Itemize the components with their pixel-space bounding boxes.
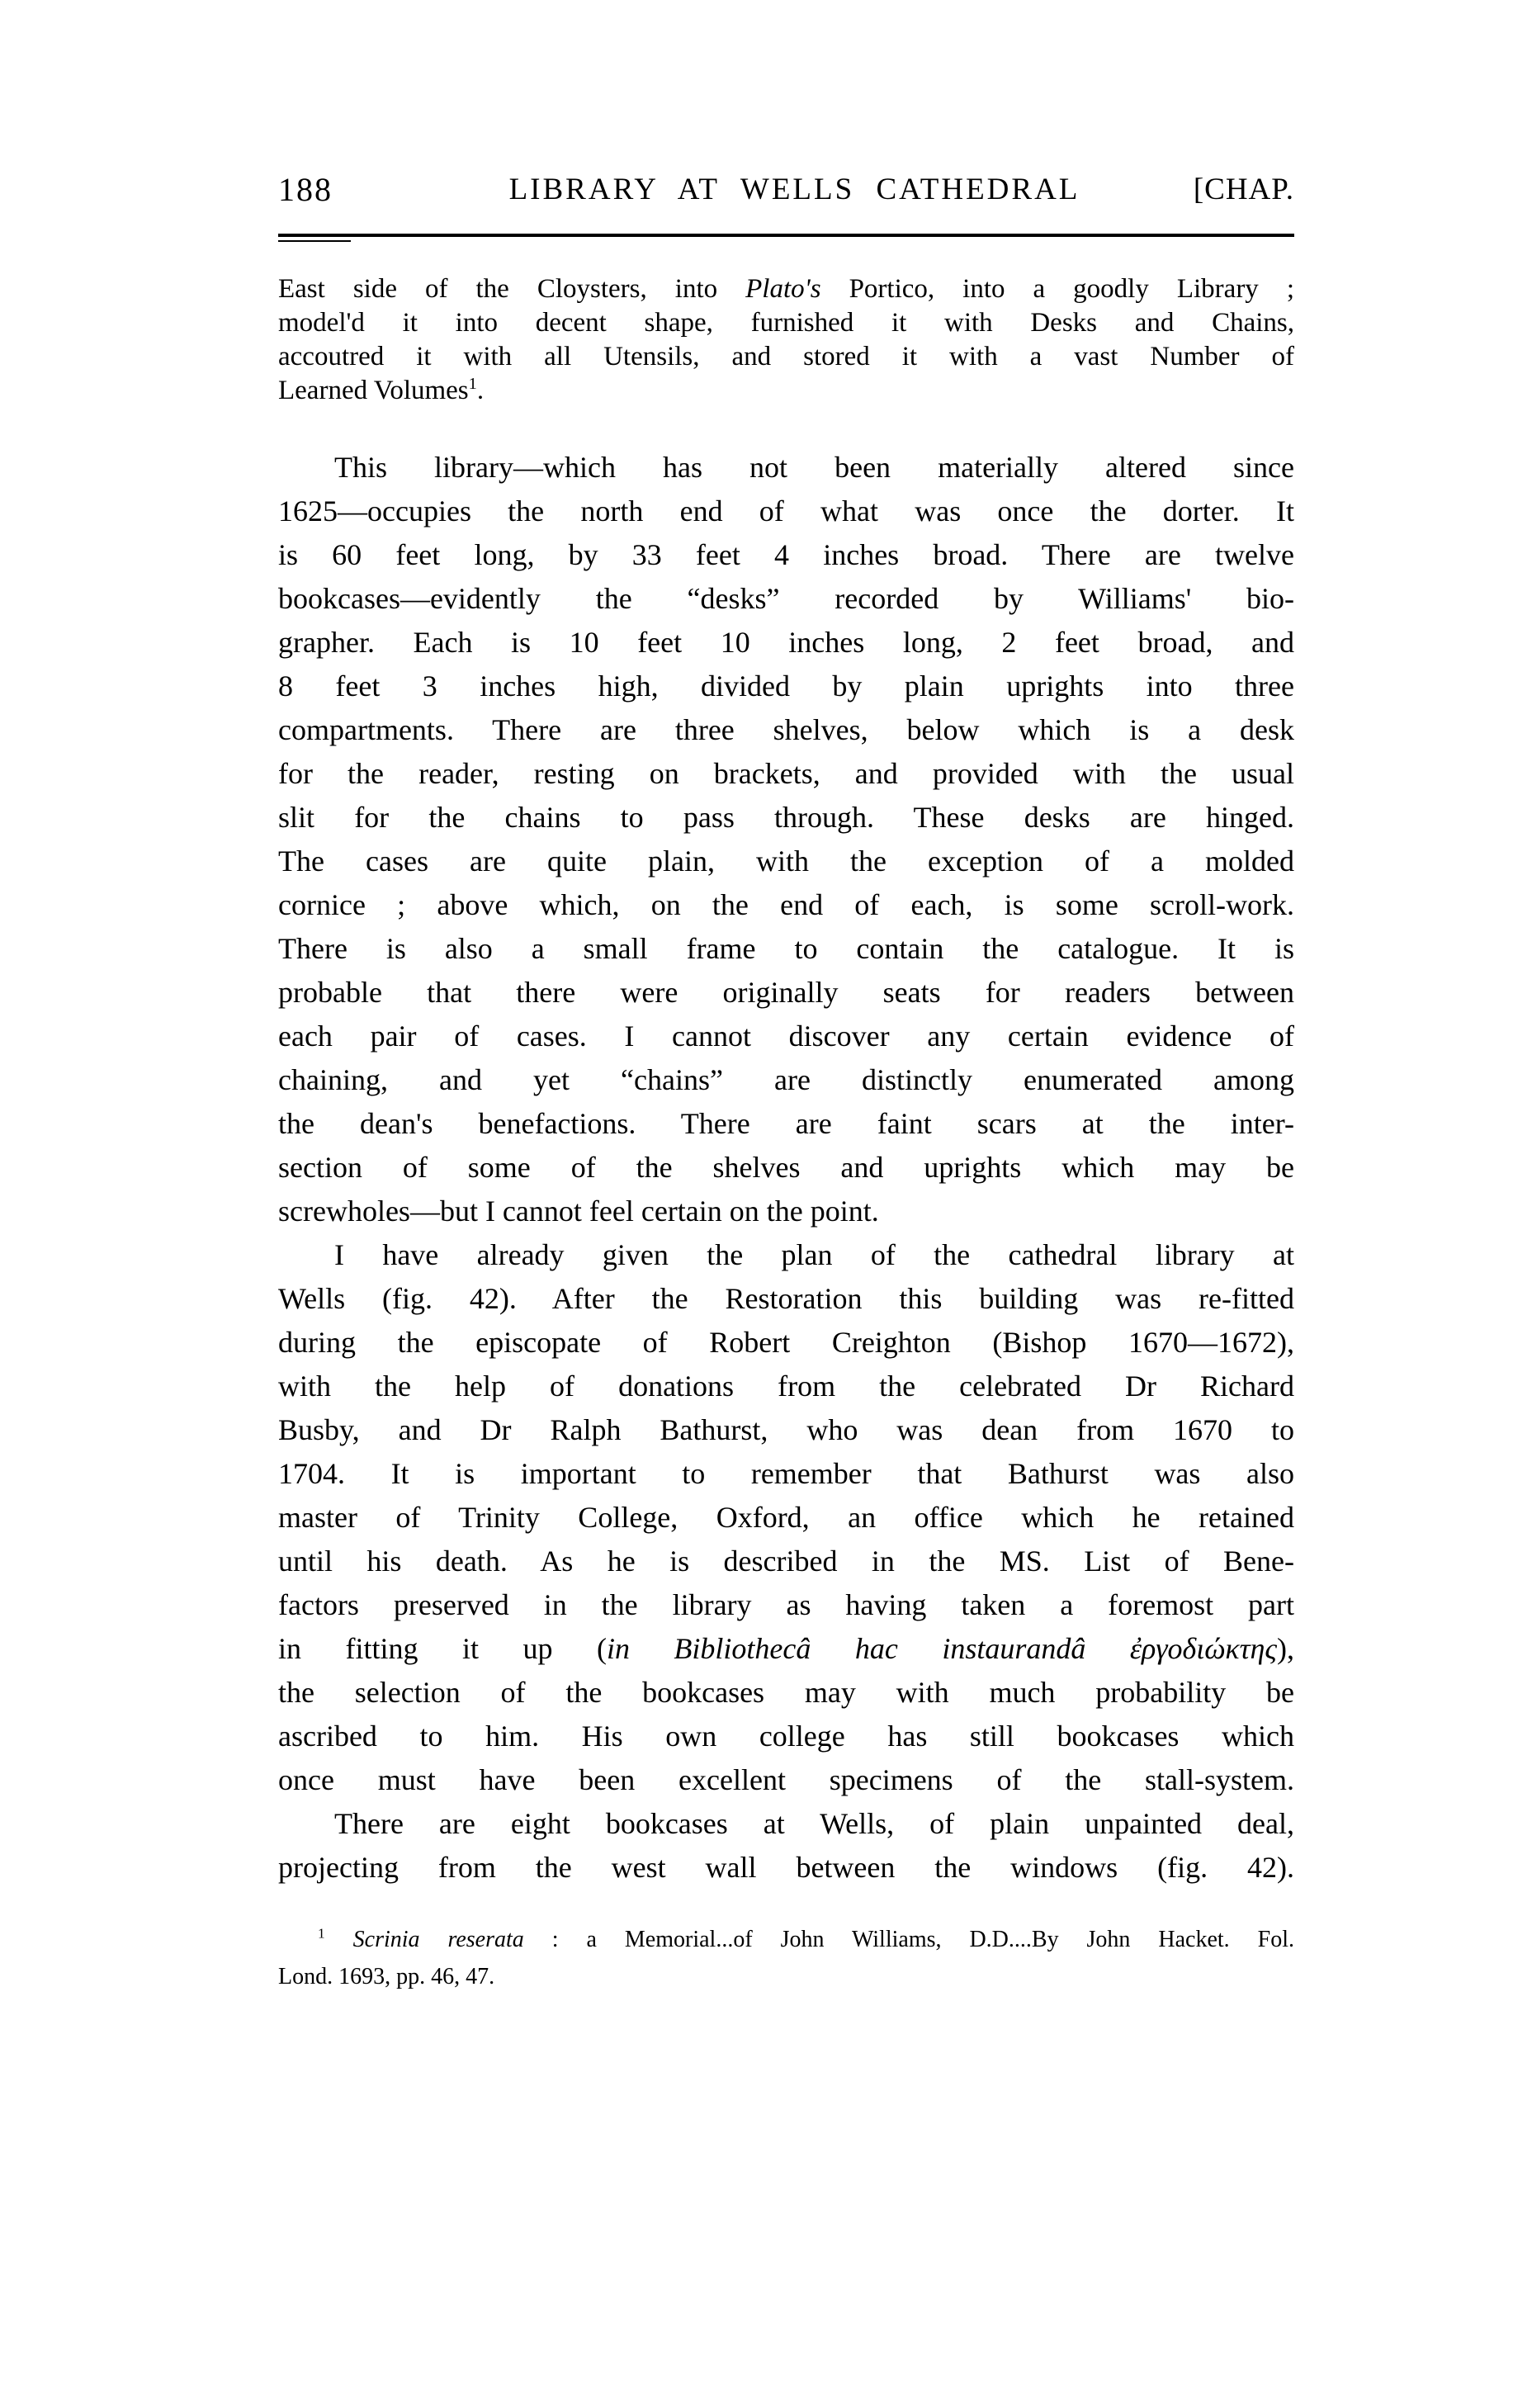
text-line: Busby, and Dr Ralph Bathurst, who was de… (278, 1408, 1294, 1452)
text-line: slit for the chains to pass through. The… (278, 796, 1294, 840)
text-line: with the help of donations from the cele… (278, 1365, 1294, 1408)
text-line: accoutred it with all Utensils, and stor… (278, 340, 1294, 374)
text-line: Wells (fig. 42). After the Restoration t… (278, 1277, 1294, 1321)
text-line: once must have been excellent specimens … (278, 1758, 1294, 1802)
page-header: 188 LIBRARY AT WELLS CATHEDRAL [CHAP. (278, 168, 1294, 211)
paragraph: East side of the Cloysters, into Plato's… (278, 272, 1294, 408)
footnote-reference: 1 (318, 1926, 325, 1942)
text-line: projecting from the west wall between th… (278, 1846, 1294, 1890)
text-line: the selection of the bookcases may with … (278, 1671, 1294, 1715)
text-line: is 60 feet long, by 33 feet 4 inches bro… (278, 533, 1294, 577)
chapter-marker: [CHAP. (1194, 168, 1294, 211)
text-line: Learned Volumes1. (278, 374, 1294, 408)
text-line: each pair of cases. I cannot discover an… (278, 1015, 1294, 1058)
text-line: There is also a small frame to contain t… (278, 927, 1294, 971)
text-line: ascribed to him. His own college has sti… (278, 1715, 1294, 1758)
footnote-reference: 1 (469, 375, 477, 393)
text-line: master of Trinity College, Oxford, an of… (278, 1496, 1294, 1540)
text-line: until his death. As he is described in t… (278, 1540, 1294, 1583)
text-line: 1704. It is important to remember that B… (278, 1452, 1294, 1496)
text-line: East side of the Cloysters, into Plato's… (278, 272, 1294, 306)
text-line: There are eight bookcases at Wells, of p… (278, 1802, 1294, 1846)
header-rule-artifact (278, 240, 351, 242)
text-line: grapher. Each is 10 feet 10 inches long,… (278, 621, 1294, 665)
header-rule (278, 234, 1294, 237)
paragraph: I have already given the plan of the cat… (278, 1233, 1294, 1802)
paragraph: This library—which has not been material… (278, 446, 1294, 1233)
text-line: This library—which has not been material… (278, 446, 1294, 490)
text-line: Lond. 1693, pp. 46, 47. (278, 1958, 1294, 1995)
text-line: bookcases—evidently the “desks” recorded… (278, 577, 1294, 621)
text-line: chaining, and yet “chains” are distinctl… (278, 1058, 1294, 1102)
text-line: 1625—occupies the north end of what was … (278, 490, 1294, 533)
text-line: 1 Scrinia reserata : a Memorial...of Joh… (278, 1921, 1294, 1958)
text-line: section of some of the shelves and uprig… (278, 1146, 1294, 1190)
running-title: LIBRARY AT WELLS CATHEDRAL (295, 168, 1294, 211)
text-line: factors preserved in the library as havi… (278, 1583, 1294, 1627)
text-line: during the episcopate of Robert Creighto… (278, 1321, 1294, 1365)
text-line: probable that there were originally seat… (278, 971, 1294, 1015)
text-line: screwholes—but I cannot feel certain on … (278, 1190, 1294, 1233)
page-body: East side of the Cloysters, into Plato's… (278, 272, 1294, 1995)
book-page: 188 LIBRARY AT WELLS CATHEDRAL [CHAP. Ea… (0, 0, 1513, 2408)
footnote: 1 Scrinia reserata : a Memorial...of Joh… (278, 1921, 1294, 1995)
paragraph: There are eight bookcases at Wells, of p… (278, 1802, 1294, 1890)
text-line: I have already given the plan of the cat… (278, 1233, 1294, 1277)
text-line: the dean's benefactions. There are faint… (278, 1102, 1294, 1146)
text-line: model'd it into decent shape, furnished … (278, 306, 1294, 340)
text-line: 8 feet 3 inches high, divided by plain u… (278, 665, 1294, 708)
text-line: in fitting it up (in Bibliothecâ hac ins… (278, 1627, 1294, 1671)
text-line: compartments. There are three shelves, b… (278, 708, 1294, 752)
text-line: for the reader, resting on brackets, and… (278, 752, 1294, 796)
text-line: cornice ; above which, on the end of eac… (278, 883, 1294, 927)
text-line: The cases are quite plain, with the exce… (278, 840, 1294, 883)
